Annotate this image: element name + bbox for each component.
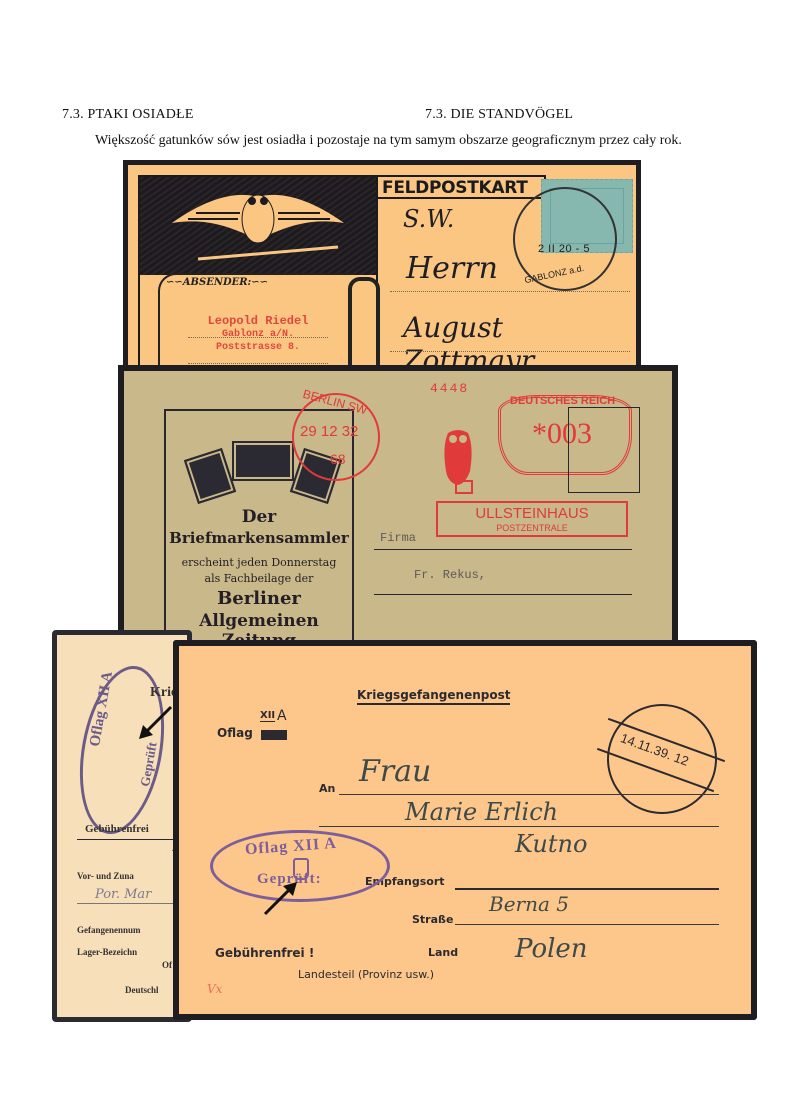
meter-number: 4448 bbox=[430, 381, 469, 396]
advert-line: Der bbox=[164, 507, 354, 527]
handwriting-line-2: Marie Erlich bbox=[405, 798, 558, 826]
owl-icon bbox=[440, 427, 476, 497]
dotted-line bbox=[188, 337, 328, 338]
address-line bbox=[319, 826, 719, 827]
ullsteinhaus-box: ULLSTEINHAUS POSTZENTRALE bbox=[436, 501, 628, 537]
meter-overlay-box bbox=[568, 407, 640, 493]
label-an: An bbox=[319, 782, 335, 795]
label-strasse: Straße bbox=[412, 913, 453, 926]
postmark-date: 2 II 20 - 5 bbox=[538, 243, 590, 255]
advert-line: erscheint jeden Donnerstag bbox=[164, 556, 354, 569]
address-line bbox=[455, 924, 719, 925]
postmark-date: 29 12 32 bbox=[300, 423, 358, 440]
handwriting-line-1: S.W. bbox=[403, 205, 454, 233]
arrow-icon bbox=[135, 703, 175, 743]
card-title: Kriegsgefangenenpost bbox=[357, 688, 510, 705]
label: Of bbox=[162, 960, 172, 970]
address-rule bbox=[374, 549, 632, 550]
label-land: Land bbox=[428, 946, 458, 959]
arrow-icon bbox=[261, 878, 301, 918]
owl-icon bbox=[168, 183, 348, 263]
sender-stamp: Leopold Riedel Gablonz a/N. Poststrasse … bbox=[188, 315, 328, 354]
address-line bbox=[390, 351, 630, 352]
pow-card-front: Kriegsgefangenenpost Oflag XII A 14.11.3… bbox=[173, 640, 757, 1020]
advert-line: Berliner bbox=[164, 588, 354, 609]
sender-sub: POSTZENTRALE bbox=[438, 523, 626, 533]
handwriting-line-5: Polen bbox=[515, 934, 588, 964]
ullstein-card: Der Briefmarkensammler erscheint jeden D… bbox=[118, 365, 678, 643]
oflag-suffix: A bbox=[277, 708, 287, 724]
meter-header: DEUTSCHES REICH bbox=[510, 395, 615, 407]
handwriting-line-4: Berna 5 bbox=[489, 892, 569, 916]
handwriting-line-2: Herrn bbox=[406, 251, 498, 286]
card-title: FELDPOSTKART bbox=[382, 178, 528, 198]
stamp-icon bbox=[184, 448, 236, 504]
address-line bbox=[339, 794, 719, 795]
address-rule bbox=[374, 594, 632, 595]
typed-firma: Firma bbox=[380, 531, 416, 545]
label: Lager-Bezeichn bbox=[77, 947, 137, 957]
label: Vor- und Zuna bbox=[77, 871, 134, 881]
advert-line: Briefmarkensammler bbox=[164, 529, 354, 547]
postmark-number: 68 bbox=[330, 451, 346, 467]
struck-out-number bbox=[261, 730, 287, 740]
sender-street: Poststrasse 8. bbox=[188, 341, 328, 354]
oflag-number: XII bbox=[260, 710, 275, 722]
handwriting-line-3: Kutno bbox=[515, 830, 587, 858]
handwriting: Por. Mar bbox=[95, 887, 151, 902]
intro-text: Większość gatunków sów jest osiadła i po… bbox=[95, 133, 682, 149]
handwriting-line-1: Frau bbox=[359, 754, 431, 789]
address-line bbox=[455, 888, 719, 890]
feldpostkarte-card: ∽∽ABSENDER:∽∽ Leopold Riedel Gablonz a/N… bbox=[123, 160, 641, 370]
pow-card-back: Oflag XII A Geprüft Krie Gebührenfrei A … bbox=[52, 630, 192, 1022]
label: Deutschl bbox=[125, 985, 159, 995]
dotted-line bbox=[188, 363, 328, 364]
absender-label: ∽∽ABSENDER:∽∽ bbox=[166, 277, 268, 288]
red-pencil-mark: Vx bbox=[207, 982, 222, 996]
typed-recipient: Fr. Rekus, bbox=[414, 568, 486, 582]
stamp-icon bbox=[232, 441, 294, 481]
heading-polish: 7.3. PTAKI OSIADŁE bbox=[62, 107, 194, 123]
label: Gebührenfrei bbox=[85, 823, 149, 835]
label-landesteil: Landesteil (Provinz usw.) bbox=[298, 968, 434, 981]
sender-name: Leopold Riedel bbox=[188, 315, 328, 328]
advert-line: als Fachbeilage der bbox=[164, 572, 354, 585]
oflag-label: Oflag bbox=[217, 726, 253, 740]
sender-name: ULLSTEINHAUS bbox=[438, 505, 626, 523]
heading-german: 7.3. DIE STANDVÖGEL bbox=[425, 107, 573, 123]
label: Gefangenennum bbox=[77, 925, 141, 935]
address-line bbox=[390, 291, 630, 292]
sender-city: Gablonz a/N. bbox=[188, 328, 328, 341]
label-gebuhrenfrei: Gebührenfrei ! bbox=[215, 946, 314, 960]
